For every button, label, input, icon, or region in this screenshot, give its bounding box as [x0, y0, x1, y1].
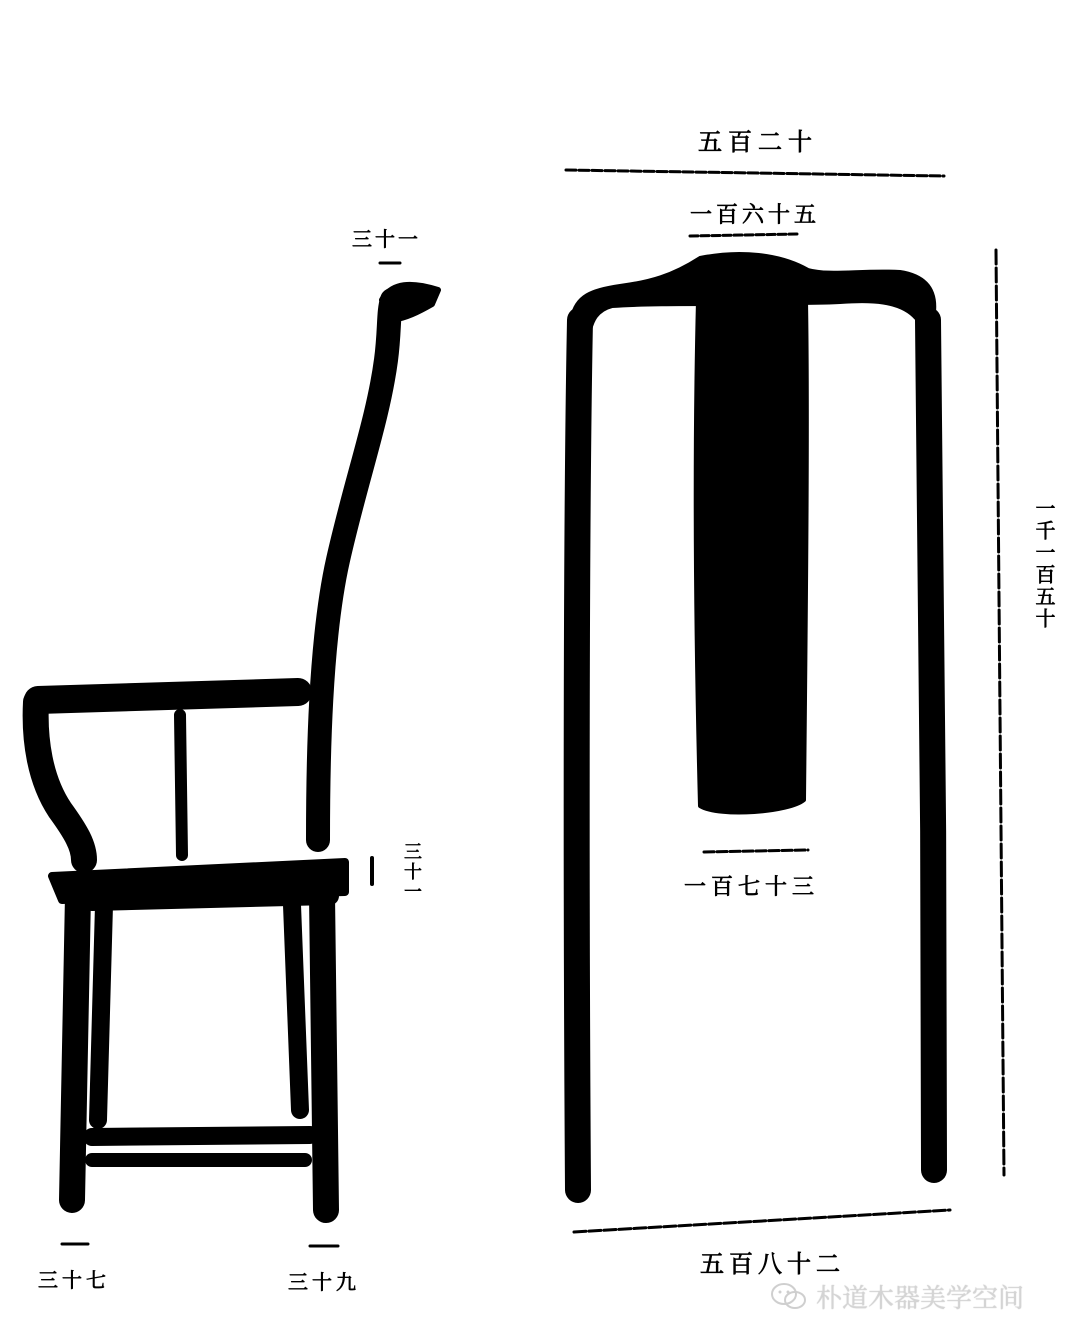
label-top-width: 五百二十 [698, 122, 818, 157]
label-bottom-width: 五百八十二 [700, 1244, 845, 1279]
wechat-icon [770, 1281, 808, 1313]
front-leg-inner [98, 905, 104, 1120]
dim-splat-width [704, 850, 808, 852]
front-leg [72, 895, 78, 1200]
watermark: 朴道木器美学空间 [770, 1278, 1024, 1315]
arm-rail [38, 692, 298, 700]
side-view [36, 263, 438, 1246]
dim-bottom-width [574, 1210, 950, 1232]
dim-top-width [566, 170, 944, 176]
back-post [318, 300, 392, 840]
dim-crest-center [690, 234, 798, 236]
chair-drawing [0, 0, 1080, 1342]
back-leg [322, 895, 326, 1210]
label-seat-thickness: 三十一 [398, 842, 424, 902]
front-view [566, 170, 1004, 1232]
watermark-text: 朴道木器美学空间 [816, 1278, 1024, 1315]
label-crest-tip: 三十一 [352, 223, 421, 252]
label-overall-height: 一千一百五十 [1030, 498, 1059, 630]
label-crest-center-width: 一百六十五 [690, 198, 820, 229]
arm-front-post [36, 702, 84, 860]
crest-tip [382, 285, 438, 320]
label-back-leg: 三十九 [288, 1266, 360, 1295]
arm-stile [180, 715, 182, 855]
front-left-post [577, 320, 580, 1190]
label-splat-width: 一百七十三 [684, 870, 819, 901]
splat [696, 300, 807, 813]
front-right-post [928, 320, 934, 1170]
stretcher-upper [92, 1135, 310, 1137]
label-front-leg: 三十七 [38, 1264, 110, 1293]
back-leg-inner [292, 905, 300, 1110]
dim-overall-height [996, 250, 1004, 1175]
